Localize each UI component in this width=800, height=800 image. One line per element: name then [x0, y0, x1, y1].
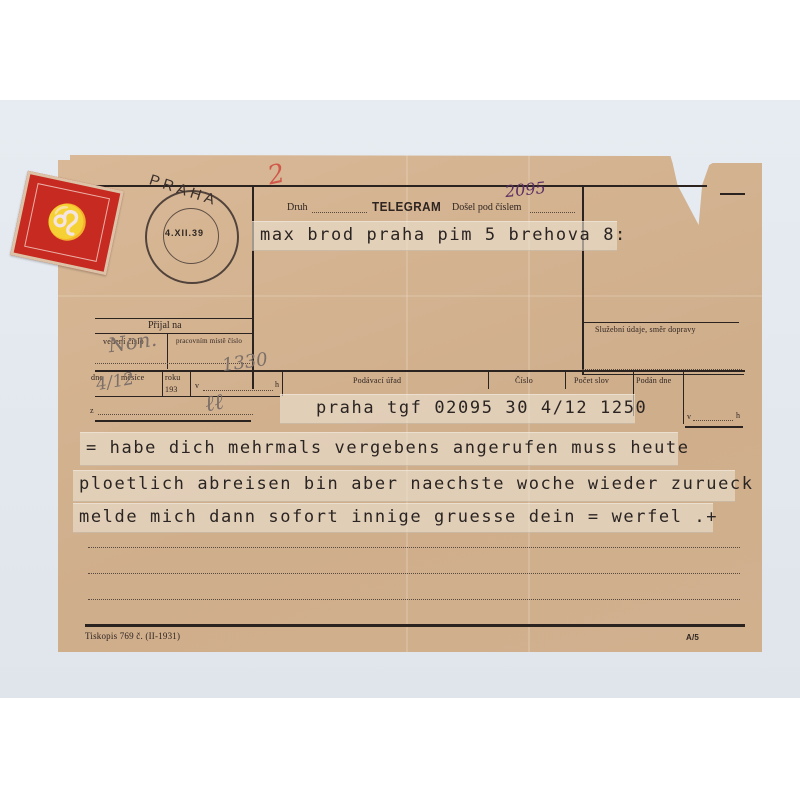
druh-label: Druh [287, 202, 308, 213]
cislo-label: Číslo [515, 376, 533, 385]
mid-rule [95, 370, 745, 372]
dosel-field [530, 212, 575, 213]
h-label: h [275, 380, 279, 389]
rule [685, 426, 743, 428]
message-line-2: ploetlich abreisen bin aber naechste woc… [79, 476, 754, 493]
origin-tape: praha tgf 02095 30 4/12 1250 [316, 400, 647, 417]
v-label: v [195, 381, 199, 390]
fold-crease [58, 295, 762, 297]
rule [95, 318, 252, 319]
message-line-1: = habe dich mehrmals vergebens angerufen… [86, 440, 690, 457]
message-line-3: melde mich dann sofort innige gruesse de… [79, 509, 718, 526]
pocet-slov-label: Počet slov [574, 376, 609, 385]
rule [584, 322, 739, 323]
rule [190, 372, 191, 396]
rule [95, 396, 280, 397]
divider-right [582, 187, 584, 375]
z-label: z [90, 406, 94, 415]
dosel-label: Došel pod číslem [452, 202, 521, 213]
rule [282, 372, 283, 396]
blank-line [88, 599, 740, 600]
telegram-title: TELEGRAM [372, 199, 441, 214]
address-tape: max brod praha pim 5 brehova 8: [260, 227, 627, 244]
bottom-rule [85, 624, 745, 627]
podavaci-urad-label: Podávací úřad [353, 376, 401, 385]
z-field [98, 414, 253, 415]
podan-h-label: h [736, 411, 740, 420]
rule [488, 372, 489, 389]
blank-line [88, 573, 740, 574]
podan-time-field [693, 420, 733, 421]
form-size: A/5 [686, 633, 699, 642]
mid-rule-right [584, 374, 744, 375]
rule [565, 372, 566, 389]
rule [95, 420, 251, 422]
roku-value: 193 [165, 385, 178, 394]
form-number: Tiskopis 769 č. (II-1931) [85, 631, 180, 641]
druh-field [312, 212, 367, 213]
pracovnim-miste-label: pracovním místě číslo [176, 337, 242, 345]
postmark-date: 4.XII.39 [165, 228, 204, 238]
rule [683, 372, 684, 424]
top-rule-right [720, 193, 745, 195]
blank-line [88, 547, 740, 548]
sluzebni-field [582, 369, 742, 370]
roku-label: roku [165, 373, 180, 382]
rule [162, 372, 163, 396]
sluzebni-udaje-label: Služební údaje, směr dopravy [595, 325, 696, 334]
podan-v-label: v [687, 412, 691, 421]
heraldic-lion-icon: ♌ [24, 183, 110, 262]
podan-dne-label: Podán dne [636, 376, 671, 385]
